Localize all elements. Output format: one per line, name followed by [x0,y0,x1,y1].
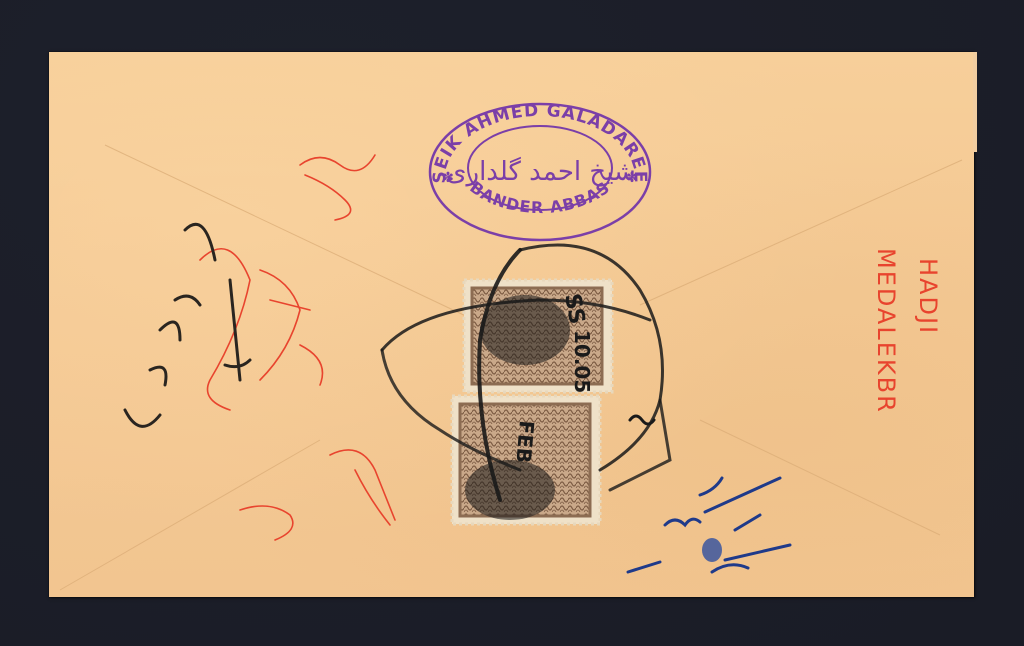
svg-text:FEB: FEB [511,420,539,465]
svg-text:10.05: 10.05 [570,330,594,393]
red-name-annotation: HADJI MEDALEKBR [872,248,942,414]
svg-text:HADJI: HADJI [914,258,942,335]
svg-text:✽: ✽ [442,170,454,186]
merchant-handstamp: SEIK AHMED GALADAREE BANDER ABBAS شیخ اح… [430,101,650,240]
black-handwriting [125,224,250,426]
svg-text:شیخ احمد گلداری: شیخ احمد گلداری [446,156,636,187]
svg-text:MEDALEKBR: MEDALEKBR [872,248,900,414]
envelope-markings: SEIK AHMED GALADAREE BANDER ABBAS شیخ اح… [0,0,1024,646]
red-cursive-marks [200,155,395,540]
blue-handwriting [628,478,790,572]
svg-text:✽: ✽ [626,170,638,186]
svg-text:SS: SS [559,292,589,327]
